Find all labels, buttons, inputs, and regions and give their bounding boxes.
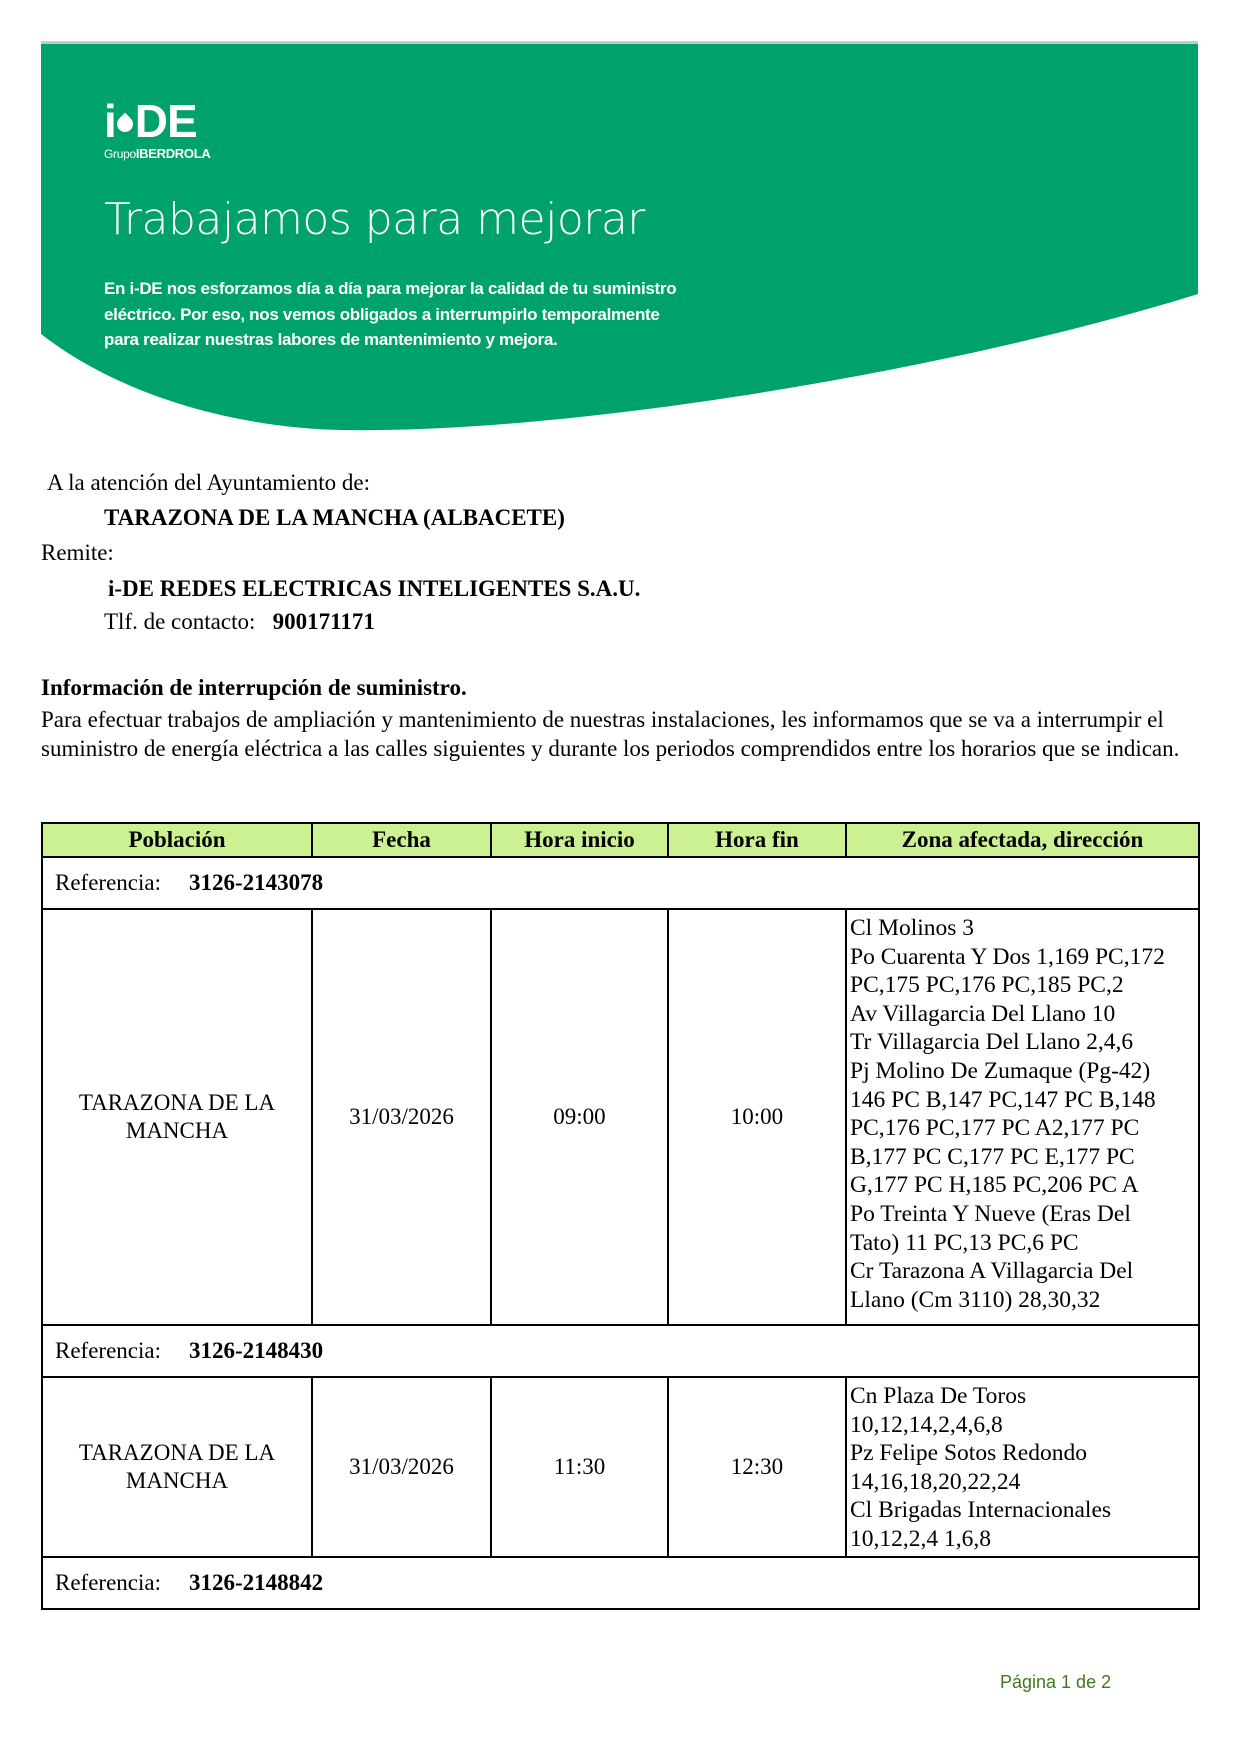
reference-label: Referencia: (55, 1570, 161, 1595)
reference-value: 3126-2148430 (189, 1338, 323, 1363)
fecha-cell: 31/03/2026 (312, 909, 491, 1325)
zona-line: PC,175 PC,176 PC,185 PC,2 (850, 971, 1194, 1000)
zona-line: 10,12,14,2,4,6,8 (850, 1411, 1194, 1440)
zona-line: Tato) 11 PC,13 PC,6 PC (850, 1229, 1194, 1258)
poblacion-cell: TARAZONA DE LA MANCHA (42, 1377, 312, 1557)
reference-row: Referencia:3126-2143078 (42, 857, 1199, 909)
col-hora-inicio: Hora inicio (491, 823, 668, 857)
banner-text-line: para realizar nuestras labores de manten… (104, 327, 794, 353)
zona-line: PC,176 PC,177 PC A2,177 PC (850, 1114, 1194, 1143)
municipality: TARAZONA DE LA MANCHA (ALBACETE) (104, 504, 565, 532)
reference-value: 3126-2148842 (189, 1570, 323, 1595)
reference-row: Referencia:3126-2148430 (42, 1325, 1199, 1377)
hora-inicio-cell: 09:00 (491, 909, 668, 1325)
table-row: TARAZONA DE LA MANCHA 31/03/2026 11:30 1… (42, 1377, 1199, 1557)
page-number: Página 1 de 2 (1000, 1672, 1111, 1693)
zona-line: 14,16,18,20,22,24 (850, 1468, 1194, 1497)
reference-value: 3126-2143078 (189, 870, 323, 895)
info-text: Para efectuar trabajos de ampliación y m… (41, 706, 1201, 763)
zona-line: Pj Molino De Zumaque (Pg-42) (850, 1057, 1194, 1086)
zona-line: Cn Plaza De Toros (850, 1382, 1194, 1411)
zona-line: Po Treinta Y Nueve (Eras Del (850, 1200, 1194, 1229)
reference-label: Referencia: (55, 1338, 161, 1363)
table-row: TARAZONA DE LA MANCHA 31/03/2026 09:00 1… (42, 909, 1199, 1325)
ide-logo: iDE GrupoIBERDROLA (104, 98, 210, 161)
zona-line: Po Cuarenta Y Dos 1,169 PC,172 (850, 943, 1194, 972)
banner-text: En i-DE nos esforzamos día a día para me… (104, 276, 794, 353)
interruption-table: Población Fecha Hora inicio Hora fin Zon… (41, 822, 1200, 1610)
zona-line: Pz Felipe Sotos Redondo (850, 1439, 1194, 1468)
sender-label: Remite: (41, 539, 114, 567)
banner-text-line: eléctrico. Por eso, nos vemos obligados … (104, 302, 794, 328)
hora-fin-cell: 12:30 (668, 1377, 846, 1557)
reference-label: Referencia: (55, 870, 161, 895)
zona-line: 146 PC B,147 PC,147 PC B,148 (850, 1086, 1194, 1115)
zona-line: B,177 PC C,177 PC E,177 PC (850, 1143, 1194, 1172)
reference-row: Referencia:3126-2148842 (42, 1557, 1199, 1609)
banner-text-line: En i-DE nos esforzamos día a día para me… (104, 276, 794, 302)
zona-line: Tr Villagarcia Del Llano 2,4,6 (850, 1028, 1194, 1057)
hora-inicio-cell: 11:30 (491, 1377, 668, 1557)
zona-line: Cl Molinos 3 (850, 914, 1194, 943)
attention-label: A la atención del Ayuntamiento de: (47, 469, 370, 497)
zona-line: Cr Tarazona A Villagarcia Del (850, 1257, 1194, 1286)
col-fecha: Fecha (312, 823, 491, 857)
zona-cell: Cn Plaza De Toros10,12,14,2,4,6,8Pz Feli… (846, 1377, 1199, 1557)
leaf-icon (113, 113, 136, 136)
phone-number: 900171171 (273, 609, 375, 634)
contact-phone-line: Tlf. de contacto: 900171171 (104, 608, 375, 636)
col-zona: Zona afectada, dirección (846, 823, 1199, 857)
hora-fin-cell: 10:00 (668, 909, 846, 1325)
logo-group-name: IBERDROLA (136, 146, 211, 161)
poblacion-cell: TARAZONA DE LA MANCHA (42, 909, 312, 1325)
col-hora-fin: Hora fin (668, 823, 846, 857)
col-poblacion: Población (42, 823, 312, 857)
banner-title: Trabajamos para mejorar (104, 192, 645, 248)
zona-cell: Cl Molinos 3Po Cuarenta Y Dos 1,169 PC,1… (846, 909, 1199, 1325)
sender-name: i-DE REDES ELECTRICAS INTELIGENTES S.A.U… (108, 575, 640, 603)
zona-line: Av Villagarcia Del Llano 10 (850, 1000, 1194, 1029)
fecha-cell: 31/03/2026 (312, 1377, 491, 1557)
phone-label: Tlf. de contacto: (104, 609, 255, 634)
logo-group-prefix: Grupo (104, 147, 136, 161)
zona-line: 10,12,2,4 1,6,8 (850, 1525, 1194, 1554)
zona-line: Llano (Cm 3110) 28,30,32 (850, 1286, 1194, 1315)
table-header: Población Fecha Hora inicio Hora fin Zon… (42, 823, 1199, 857)
zona-line: Cl Brigadas Internacionales (850, 1496, 1194, 1525)
zona-line: G,177 PC H,185 PC,206 PC A (850, 1171, 1194, 1200)
info-title: Información de interrupción de suministr… (41, 675, 467, 701)
